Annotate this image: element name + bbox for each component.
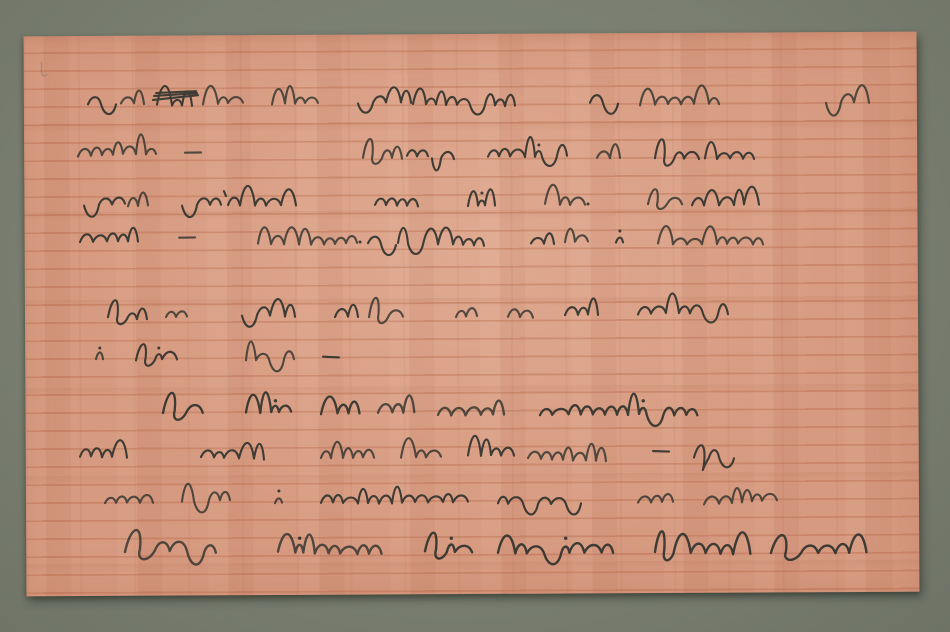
- letter-paper: [24, 32, 920, 597]
- photo-backdrop: og at (det) den blev godt betragtet og h…: [0, 0, 950, 632]
